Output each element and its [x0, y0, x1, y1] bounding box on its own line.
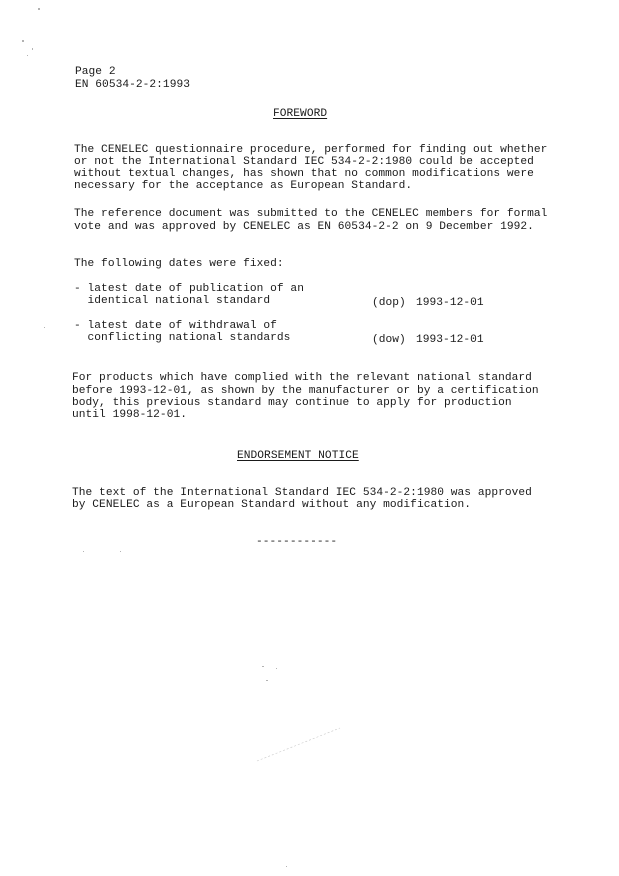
date-item-text: identical national standard	[74, 295, 270, 307]
date-abbr: (dow)	[372, 334, 406, 346]
text-line: without textual changes, has shown that …	[74, 168, 534, 180]
text-line: The CENELEC questionnaire procedure, per…	[74, 144, 547, 156]
text-line: body, this previous standard may continu…	[72, 397, 512, 409]
document-id: EN 60534-2-2:1993	[75, 79, 190, 91]
date-value: 1993-12-01	[416, 297, 484, 309]
date-item-text: - latest date of withdrawal of	[74, 320, 277, 332]
text-line: The reference document was submitted to …	[74, 208, 547, 220]
text-line: necessary for the acceptance as European…	[74, 180, 412, 192]
foreword-title: FOREWORD	[273, 108, 327, 120]
text-line: by CENELEC as a European Standard withou…	[72, 499, 471, 511]
text-line: before 1993-12-01, as shown by the manuf…	[72, 385, 539, 397]
endorsement-title: ENDORSEMENT NOTICE	[237, 450, 359, 462]
text-line: vote and was approved by CENELEC as EN 6…	[74, 221, 534, 233]
scan-streak	[255, 725, 345, 765]
date-item-text: - latest date of publication of an	[74, 283, 304, 295]
text-line: For products which have complied with th…	[72, 372, 532, 384]
text-line: The text of the International Standard I…	[72, 487, 532, 499]
date-value: 1993-12-01	[416, 334, 484, 346]
text-line: or not the International Standard IEC 53…	[74, 156, 534, 168]
text-line: until 1998-12-01.	[72, 409, 187, 421]
date-abbr: (dop)	[372, 297, 406, 309]
date-item-text: conflicting national standards	[74, 332, 290, 344]
end-rule: ------------	[256, 536, 337, 548]
page-number: Page 2	[75, 66, 116, 78]
dates-intro: The following dates were fixed:	[74, 258, 284, 270]
